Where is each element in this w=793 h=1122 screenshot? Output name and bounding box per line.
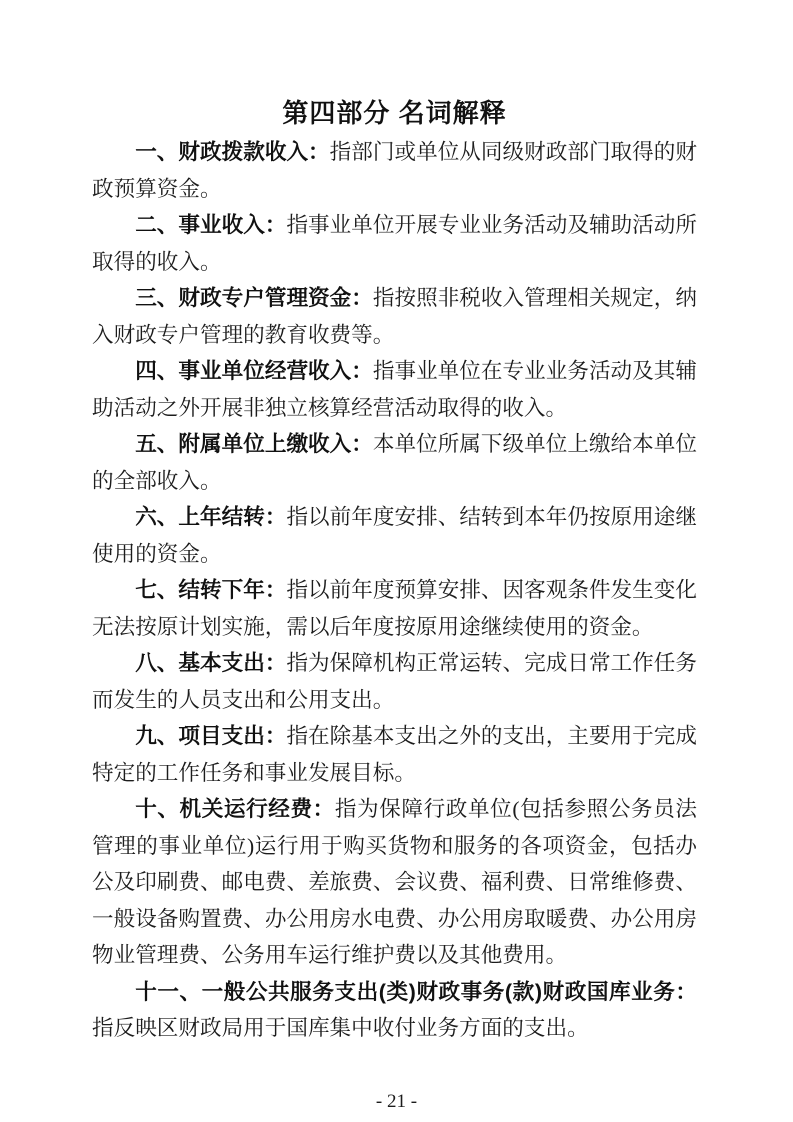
- glossary-item: 四、事业单位经营收入：指事业单位在专业业务活动及其辅助活动之外开展非独立核算经营…: [92, 353, 697, 426]
- glossary-term: 九、项目支出：: [135, 723, 286, 748]
- glossary-term: 二、事业收入：: [135, 212, 286, 237]
- document-page: 第四部分 名词解释 一、财政拨款收入：指部门或单位从同级财政部门取得的财政预算资…: [0, 0, 793, 1122]
- glossary-item: 十、机关运行经费：指为保障行政单位(包括参照公务员法管理的事业单位)运行用于购买…: [92, 791, 697, 974]
- page-number: - 21 -: [0, 1090, 793, 1114]
- glossary-item: 一、财政拨款收入：指部门或单位从同级财政部门取得的财政预算资金。: [92, 134, 697, 207]
- glossary-definition: 指为保障行政单位(包括参照公务员法管理的事业单位)运行用于购买货物和服务的各项资…: [92, 797, 697, 967]
- glossary-term: 七、结转下年：: [135, 577, 286, 602]
- glossary-item: 八、基本支出：指为保障机构正常运转、完成日常工作任务而发生的人员支出和公用支出。: [92, 645, 697, 718]
- glossary-term: 十、机关运行经费：: [135, 796, 335, 821]
- page-content: 第四部分 名词解释 一、财政拨款收入：指部门或单位从同级财政部门取得的财政预算资…: [92, 94, 697, 1047]
- glossary-term: 八、基本支出：: [135, 650, 286, 675]
- glossary-term: 六、上年结转：: [135, 504, 286, 529]
- glossary-term: 三、财政专户管理资金：: [135, 285, 373, 310]
- glossary-item: 五、附属单位上缴收入：本单位所属下级单位上缴给本单位的全部收入。: [92, 426, 697, 499]
- glossary-term: 一、财政拨款收入：: [135, 139, 329, 164]
- glossary-term: 十一、一般公共服务支出(类)财政事务(款)财政国库业务：: [135, 979, 697, 1004]
- glossary-term: 五、附属单位上缴收入：: [135, 431, 373, 456]
- glossary-item: 十一、一般公共服务支出(类)财政事务(款)财政国库业务：指反映区财政局用于国库集…: [92, 974, 697, 1047]
- glossary-list: 一、财政拨款收入：指部门或单位从同级财政部门取得的财政预算资金。 二、事业收入：…: [92, 134, 697, 1047]
- glossary-item: 九、项目支出：指在除基本支出之外的支出，主要用于完成特定的工作任务和事业发展目标…: [92, 718, 697, 791]
- glossary-term: 四、事业单位经营收入：: [135, 358, 373, 383]
- glossary-item: 六、上年结转：指以前年度安排、结转到本年仍按原用途继使用的资金。: [92, 499, 697, 572]
- glossary-definition: 指反映区财政局用于国库集中收付业务方面的支出。: [92, 1016, 589, 1040]
- page-title: 第四部分 名词解释: [92, 94, 697, 132]
- glossary-item: 三、财政专户管理资金：指按照非税收入管理相关规定，纳入财政专户管理的教育收费等。: [92, 280, 697, 353]
- glossary-item: 二、事业收入：指事业单位开展专业业务活动及辅助活动所取得的收入。: [92, 207, 697, 280]
- glossary-item: 七、结转下年：指以前年度预算安排、因客观条件发生变化无法按原计划实施，需以后年度…: [92, 572, 697, 645]
